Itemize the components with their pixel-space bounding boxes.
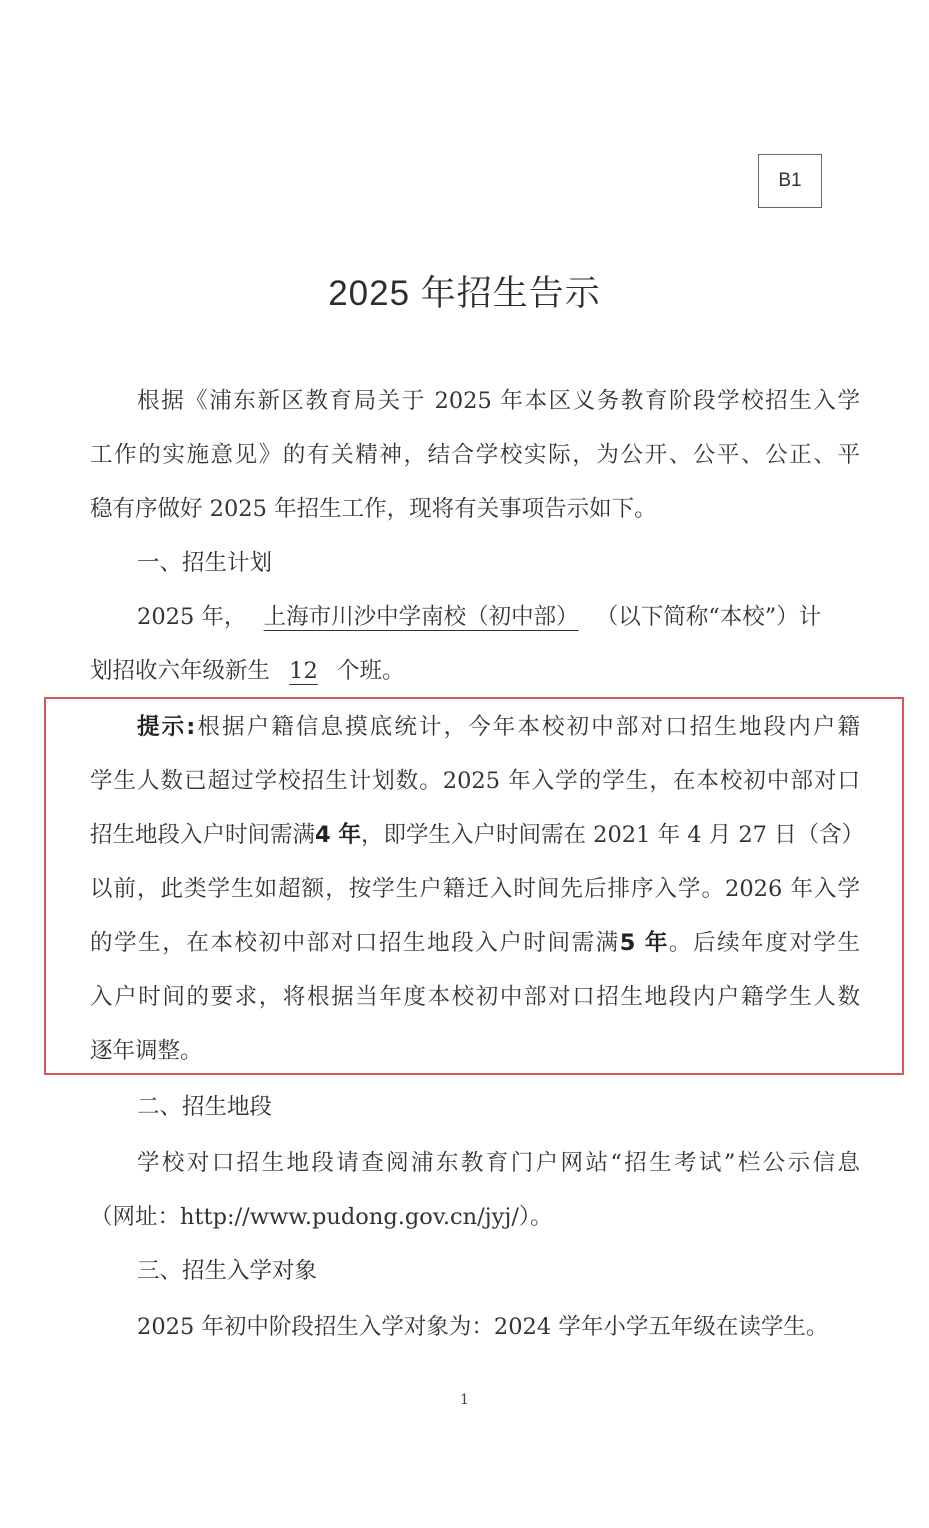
notice-line-7: 逐年调整。 bbox=[90, 1036, 860, 1066]
notice-line-1: 提示:根据户籍信息摸底统计，今年本校初中部对口招生地段内户籍 bbox=[137, 712, 860, 742]
intro-line-3: 稳有序做好 2025 年招生工作，现将有关事项告示如下。 bbox=[90, 494, 860, 524]
class-count-suffix: 个班。 bbox=[337, 658, 405, 684]
enrollment-plan-line-2: 划招收六年级新生 12 个班。 bbox=[90, 656, 860, 686]
section-heading-enrollment-target: 三、招生入学对象 bbox=[137, 1256, 317, 1286]
notice-text-5-suffix: 。后续年度对学生 bbox=[669, 930, 860, 956]
class-count: 12 bbox=[277, 658, 330, 684]
notice-line-5: 的学生，在本校初中部对口招生地段入户时间需满5 年。后续年度对学生 bbox=[90, 928, 860, 958]
enrollment-target-line-1: 2025 年初中阶段招生入学对象为：2024 学年小学五年级在读学生。 bbox=[137, 1312, 860, 1342]
notice-line-4: 以前，此类学生如超额，按学生户籍迁入时间先后排序入学。2026 年入学 bbox=[90, 874, 860, 904]
intro-line-1: 根据《浦东新区教育局关于 2025 年本区义务教育阶段学校招生入学 bbox=[137, 386, 860, 416]
enrollment-year-prefix: 2025 年， bbox=[137, 604, 246, 630]
page-title: 2025 年招生告示 bbox=[0, 266, 929, 316]
notice-line-2: 学生人数已超过学校招生计划数。2025 年入学的学生，在本校初中部对口 bbox=[90, 766, 860, 796]
notice-label: 提示: bbox=[137, 714, 195, 740]
notice-text-5-prefix: 的学生，在本校初中部对口招生地段入户时间需满 bbox=[90, 930, 620, 956]
notice-line-3: 招生地段入户时间需满4 年，即学生入户时间需在 2021 年 4 月 27 日（… bbox=[90, 820, 860, 850]
notice-line-6: 入户时间的要求，将根据当年度本校初中部对口招生地段内户籍学生人数 bbox=[90, 982, 860, 1012]
page-number: 1 bbox=[0, 1392, 929, 1408]
notice-text-1: 根据户籍信息摸底统计，今年本校初中部对口招生地段内户籍 bbox=[195, 714, 860, 740]
enrollment-zone-url-line: （网址：http://www.pudong.gov.cn/jyj/）。 bbox=[90, 1202, 860, 1232]
enrollment-plan-line-1: 2025 年， 上海市川沙中学南校（初中部） （以下简称“本校”）计 bbox=[137, 602, 860, 632]
enrollment-zone-line-1: 学校对口招生地段请查阅浦东教育门户网站“招生考试”栏公示信息 bbox=[137, 1148, 860, 1178]
residency-years-2026: 5 年 bbox=[620, 930, 669, 956]
section-heading-enrollment-zone: 二、招生地段 bbox=[137, 1092, 272, 1122]
school-abbreviation-note: （以下简称“本校”）计 bbox=[596, 604, 822, 630]
intro-line-2: 工作的实施意见》的有关精神，结合学校实际，为公开、公平、公正、平 bbox=[90, 440, 860, 470]
notice-text-3-prefix: 招生地段入户时间需满 bbox=[90, 822, 315, 848]
school-name: 上海市川沙中学南校（初中部） bbox=[264, 604, 579, 630]
notice-text-3-suffix: ，即学生入户时间需在 2021 年 4 月 27 日（含） bbox=[361, 822, 864, 848]
document-code-box: B1 bbox=[758, 154, 822, 208]
class-count-prefix: 划招收六年级新生 bbox=[90, 658, 270, 684]
section-heading-enrollment-plan: 一、招生计划 bbox=[137, 548, 272, 578]
residency-years-2025: 4 年 bbox=[315, 822, 361, 848]
document-code: B1 bbox=[778, 170, 801, 192]
